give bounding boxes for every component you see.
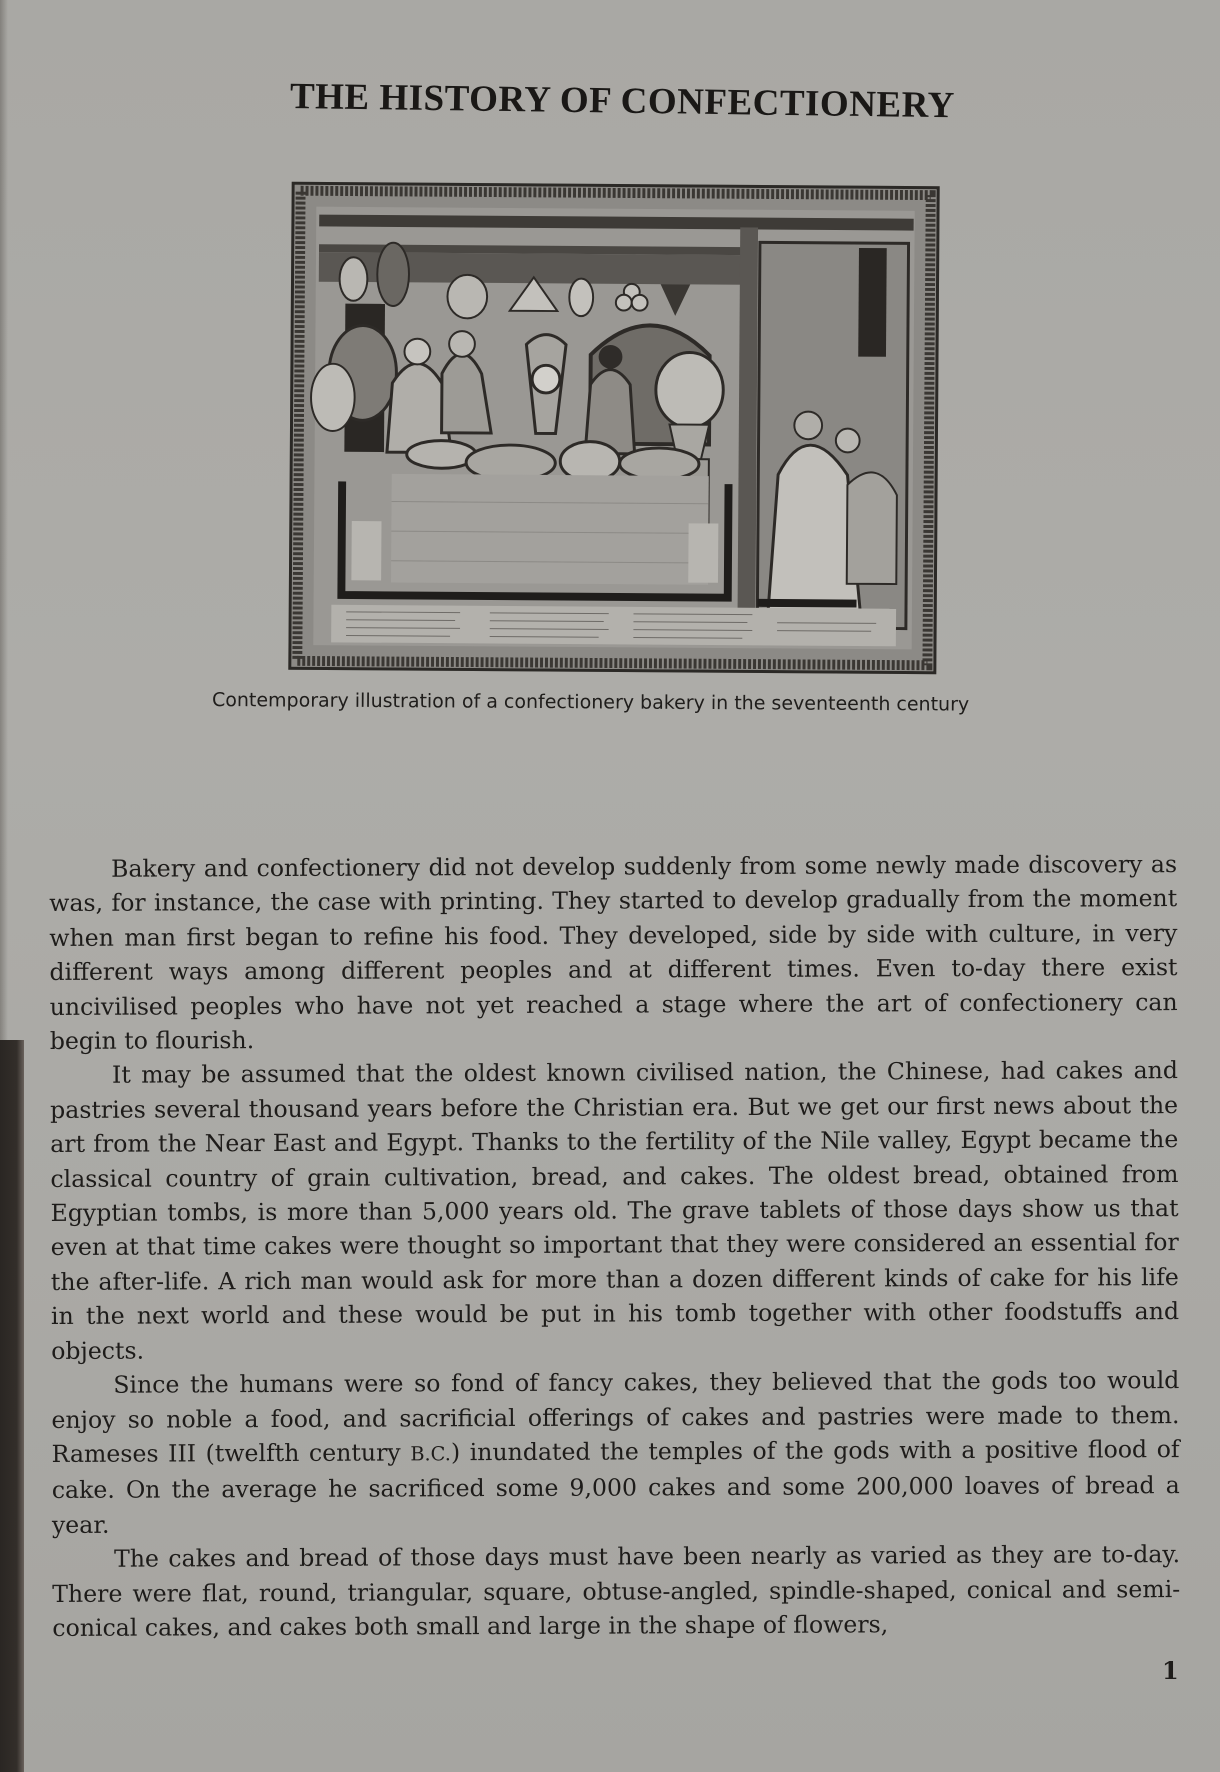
page-number: 1 xyxy=(1162,1656,1179,1685)
book-page: THE HISTORY OF CONFECTIONERY xyxy=(0,0,1220,1772)
paragraph: Bakery and confectionery did not develop… xyxy=(49,847,1178,1058)
article-body: Bakery and confectionery did not develop… xyxy=(49,847,1180,1645)
paragraph: It may be assumed that the oldest known … xyxy=(50,1054,1179,1369)
era-abbreviation: B.C. xyxy=(410,1442,451,1465)
engraving-image-icon xyxy=(291,185,936,671)
bakery-illustration xyxy=(288,182,939,675)
page-title: THE HISTORY OF CONFECTIONERY xyxy=(290,75,951,127)
binding-edge xyxy=(0,1040,24,1772)
figure-caption: Contemporary illustration of a confectio… xyxy=(212,689,1032,716)
paragraph: Since the humans were so fond of fancy c… xyxy=(51,1363,1180,1542)
binding-shadow xyxy=(0,0,8,1040)
paragraph: The cakes and bread of those days must h… xyxy=(52,1537,1180,1645)
